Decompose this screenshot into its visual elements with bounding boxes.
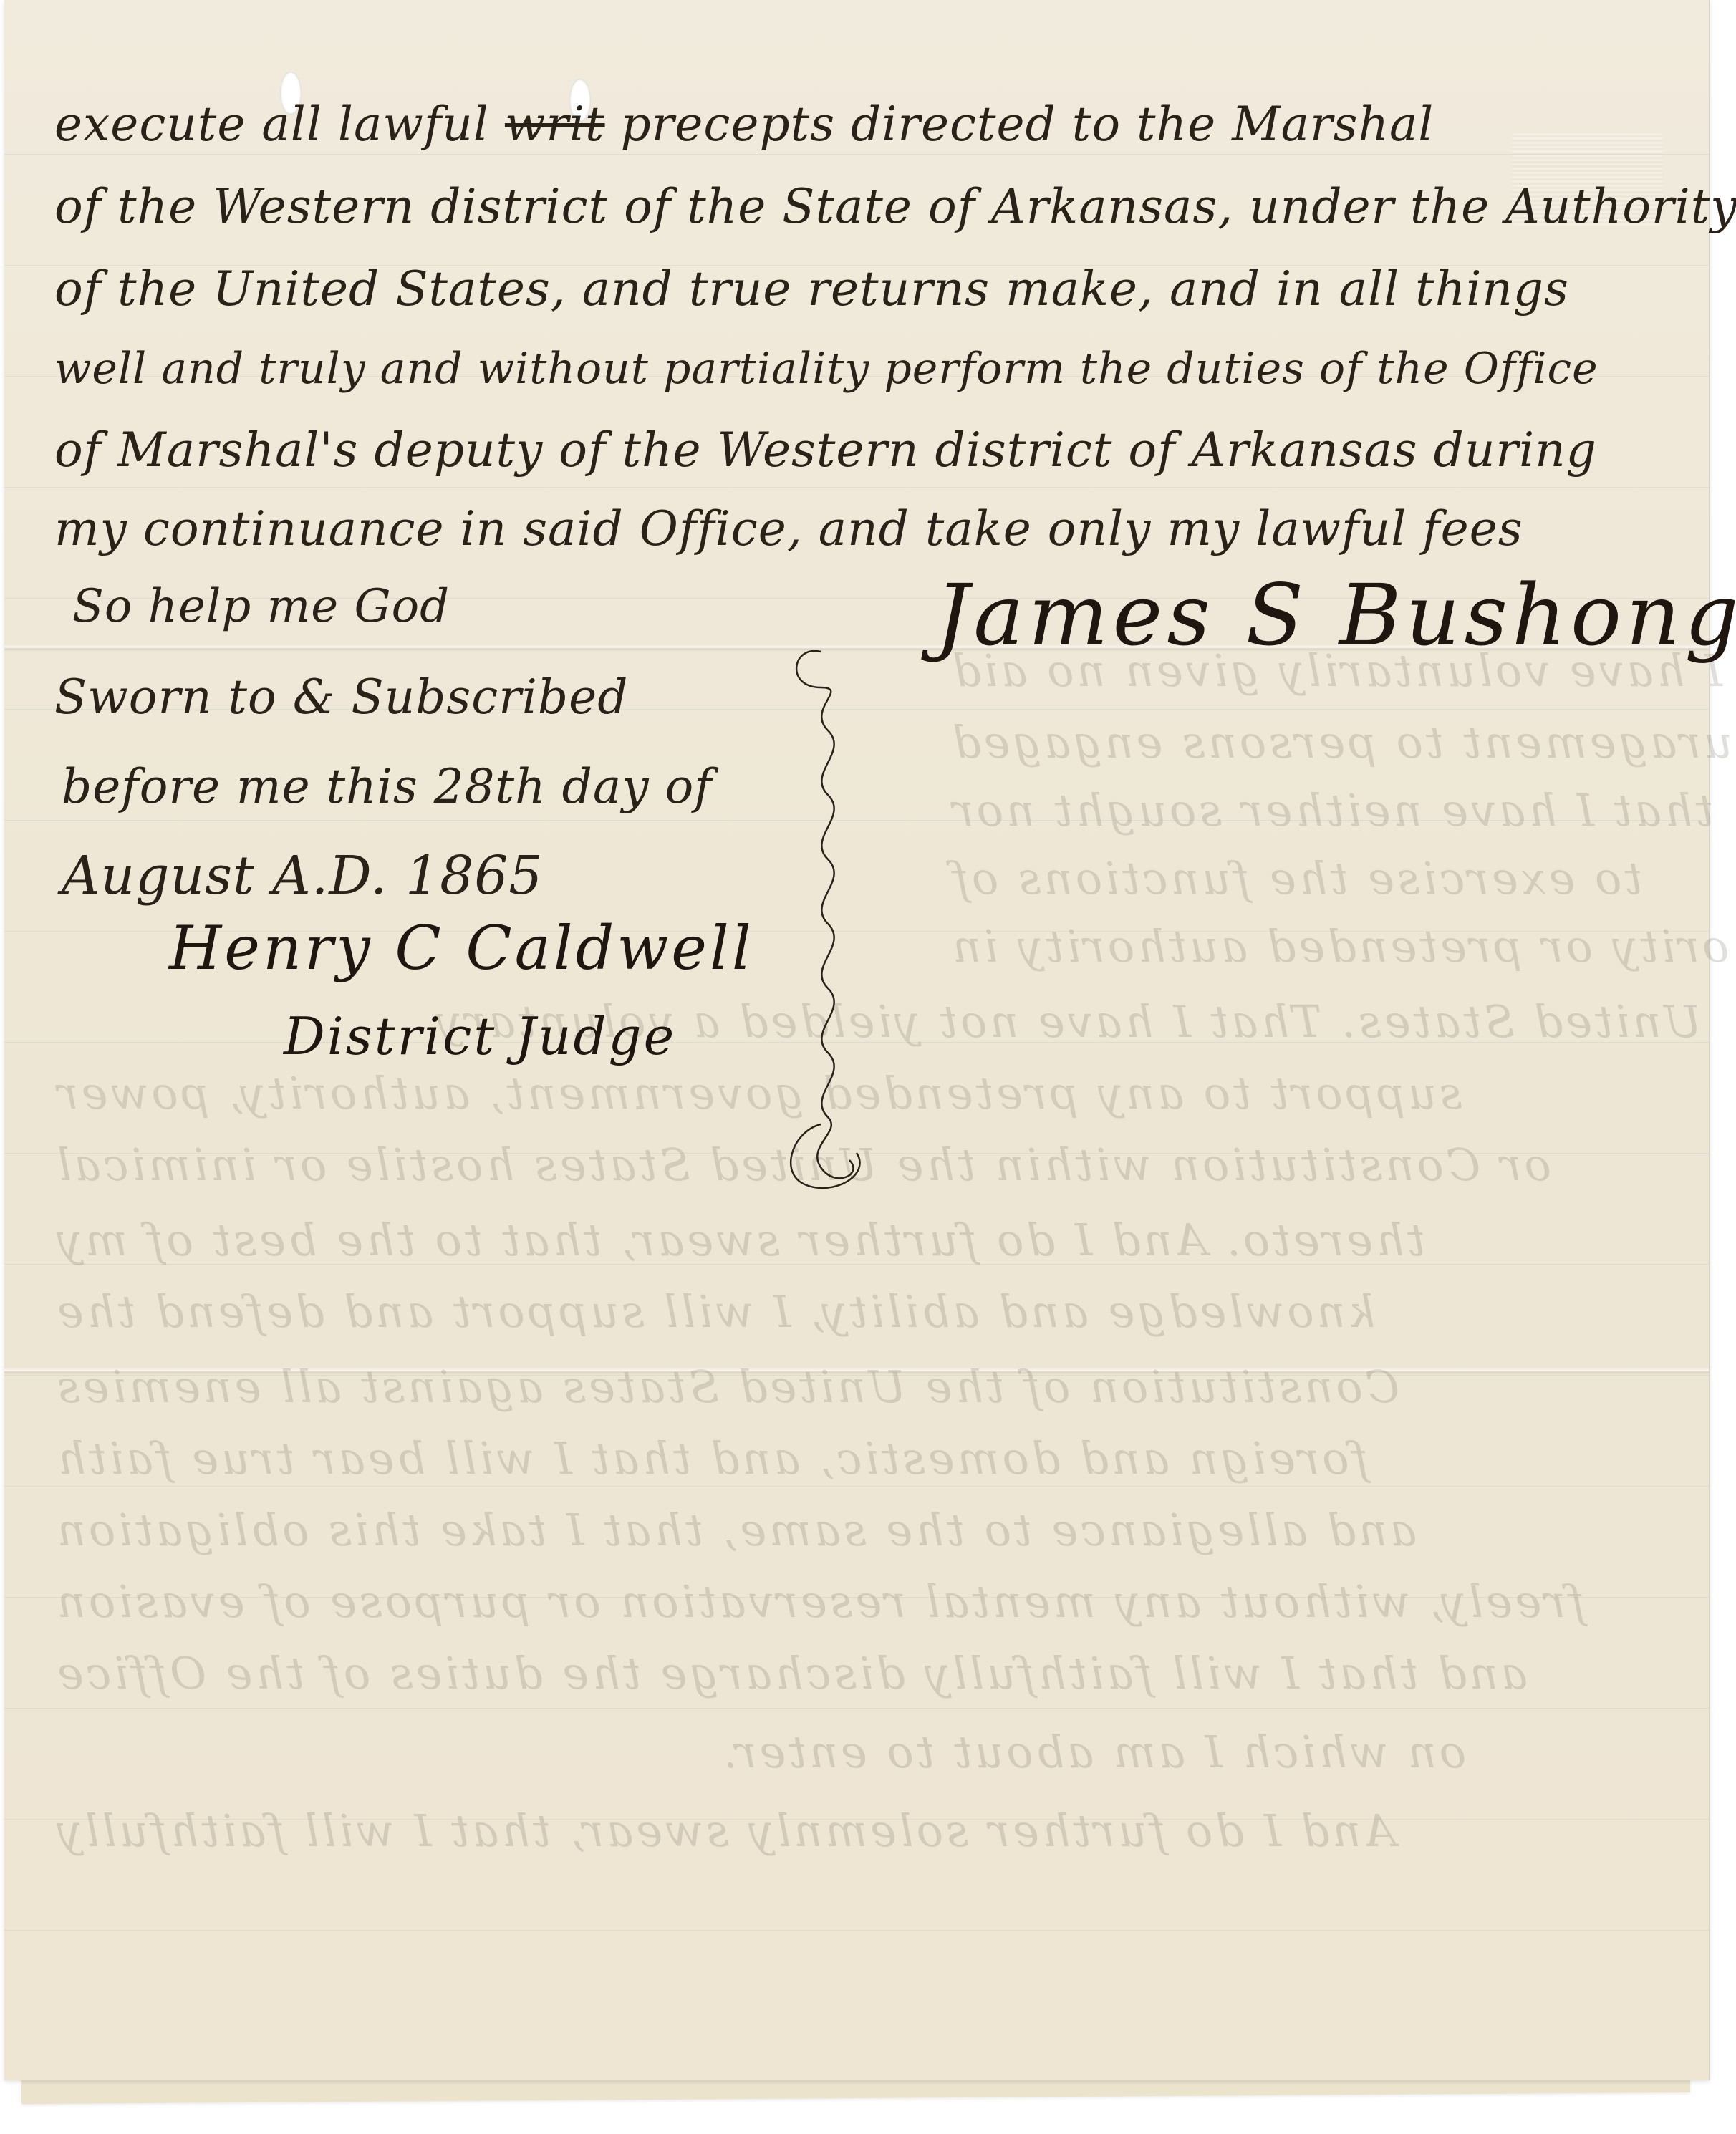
struck-word: writ	[505, 97, 605, 152]
oath-line-3: of the United States, and true returns m…	[54, 261, 1569, 317]
jurat-line-1: Sworn to & Subscribed	[54, 670, 628, 725]
bleed-through-line: and allegiance to the same, that I take …	[54, 1504, 1417, 1556]
jurat-line-2: before me this 28th day of	[62, 759, 713, 814]
seal-scroll-flourish	[778, 630, 900, 1189]
ruled-line	[4, 1486, 1709, 1487]
oath-text: execute all lawful	[54, 97, 505, 152]
bleed-through-line: encouragement to persons engaged	[950, 716, 1736, 768]
bleed-through-line: support to any pretended government, aut…	[54, 1067, 1462, 1119]
bleed-through-line: authority or pretended authority in	[950, 920, 1736, 972]
bleed-through-line: on which I am about to enter.	[720, 1726, 1466, 1778]
ruled-line	[4, 154, 1709, 155]
judge-signature: Henry C Caldwell	[169, 913, 754, 983]
oath-line-2: of the Western district of the State of …	[54, 179, 1736, 234]
oath-line-6: my continuance in said Office, and take …	[54, 501, 1523, 556]
oath-text: precepts directed to the Marshal	[605, 97, 1434, 152]
oath-line-5: of Marshal's deputy of the Western distr…	[54, 423, 1597, 478]
closing-phrase: So help me God	[72, 580, 450, 633]
document-page: that I have voluntarily given no aid enc…	[4, 0, 1710, 2080]
jurat-line-3: August A.D. 1865	[62, 845, 543, 907]
bleed-through-line: And I do further solemnly swear, that I …	[54, 1805, 1396, 1857]
bleed-through-line: thereto. And I do further swear, that to…	[54, 1214, 1425, 1266]
oath-line-4: well and truly and without partiality pe…	[54, 344, 1598, 394]
bleed-through-line: knowledge and ability, I will support an…	[54, 1285, 1375, 1338]
oath-line-1: execute all lawful writ precepts directe…	[54, 97, 1434, 152]
signer-signature: James S Bushong	[935, 566, 1736, 665]
bleed-through-line: freely, without any mental reservation o…	[54, 1575, 1585, 1628]
ruled-line	[4, 487, 1709, 488]
bleed-through-line: foreign and domestic, and that I will be…	[54, 1432, 1369, 1484]
ruled-line	[4, 1930, 1709, 1931]
ruled-line	[4, 1708, 1709, 1709]
bleed-through-line: and that I will faithfully discharge the…	[54, 1647, 1528, 1699]
bleed-through-line: to exercise the functions of	[950, 852, 1642, 904]
judge-title: District Judge	[284, 1006, 676, 1066]
bleed-through-line: that I have neither sought nor	[950, 784, 1714, 836]
bleed-through-line: Constitution of the United States agains…	[54, 1361, 1399, 1413]
